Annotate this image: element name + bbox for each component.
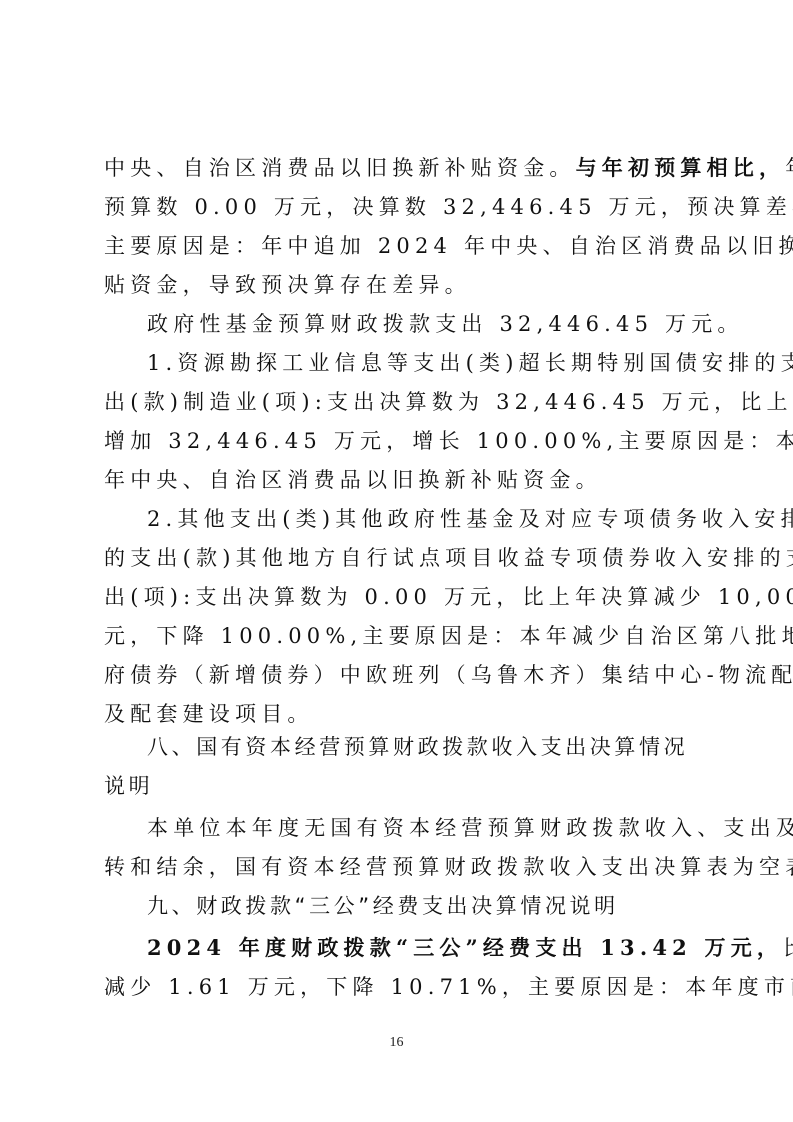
paragraph-item-2: 2.其他支出(类)其他政府性基金及对应专项债务收入安排 的支出(款)其他地方自行… [104, 500, 692, 734]
document-page: 中央、自治区消费品以旧换新补贴资金。与年初预算相比，年初 预算数 0.00 万元… [104, 148, 692, 1007]
text-line: 增加 32,446.45 万元，增长 100.00%,主要原因是：本年增加 20… [104, 422, 692, 461]
text-line: 的支出(款)其他地方自行试点项目收益专项债券收入安排的支 [104, 539, 692, 578]
text-line: 出(款)制造业(项):支出决算数为 32,446.45 万元，比上年决算 [104, 383, 692, 422]
text-line: 预算数 0.00 万元，决算数 32,446.45 万元，预决算差异率 100.… [104, 188, 692, 227]
text-line: 2.其他支出(类)其他政府性基金及对应专项债务收入安排 [104, 500, 692, 539]
paragraph-budget-comparison: 中央、自治区消费品以旧换新补贴资金。与年初预算相比，年初 预算数 0.00 万元… [104, 148, 692, 305]
paragraph-section-8: 本单位本年度无国有资本经营预算财政拨款收入、支出及结 转和结余，国有资本经营预算… [104, 809, 692, 887]
paragraph-fund-expenditure: 政府性基金预算财政拨款支出 32,446.45 万元。 [104, 305, 692, 344]
paragraph-section-9: 2024 年度财政拨款“三公”经费支出 13.42 万元，比上年 减少 1.61… [104, 928, 692, 1007]
text-line: 年中央、自治区消费品以旧换新补贴资金。 [104, 461, 692, 500]
text-line: 中央、自治区消费品以旧换新补贴资金。与年初预算相比，年初 [104, 148, 692, 188]
text-line: 元，下降 100.00%,主要原因是：本年减少自治区第八批地方政 [104, 617, 692, 656]
section-heading-9: 九、财政拨款“三公”经费支出决算情况说明 [104, 887, 692, 926]
text-line: 政府性基金预算财政拨款支出 32,446.45 万元。 [104, 305, 692, 344]
text-segment: 中央、自治区消费品以旧换新补贴资金。 [104, 156, 576, 180]
bold-text-segment: 2024 年度财政拨款“三公”经费支出 13.42 万元， [147, 935, 783, 960]
text-line: 1.资源勘探工业信息等支出(类)超长期特别国债安排的支 [104, 344, 692, 383]
page-number: 16 [0, 1035, 793, 1051]
text-line: 府债券（新增债券）中欧班列（乌鲁木齐）集结中心-物流配送 [104, 656, 692, 695]
text-line: 主要原因是：年中追加 2024 年中央、自治区消费品以旧换新补 [104, 227, 692, 266]
paragraph-item-1: 1.资源勘探工业信息等支出(类)超长期特别国债安排的支 出(款)制造业(项):支… [104, 344, 692, 500]
text-line: 本单位本年度无国有资本经营预算财政拨款收入、支出及结 [104, 809, 692, 848]
text-line: 转和结余，国有资本经营预算财政拨款收入支出决算表为空表。 [104, 848, 692, 887]
bold-text-segment: 与年初预算相比， [576, 155, 786, 180]
text-segment: 比上年 [783, 936, 793, 960]
text-line: 贴资金，导致预决算存在差异。 [104, 266, 692, 305]
text-line: 出(项):支出决算数为 0.00 万元，比上年决算减少 10,000.00 万 [104, 578, 692, 617]
section-heading-8: 八、国有资本经营预算财政拨款收入支出决算情况说明 [104, 728, 692, 806]
text-segment: 年初 [785, 156, 793, 180]
text-line: 减少 1.61 万元，下降 10.71%，主要原因是：本年度市商务局二 [104, 968, 692, 1007]
text-line: 2024 年度财政拨款“三公”经费支出 13.42 万元，比上年 [104, 928, 692, 968]
